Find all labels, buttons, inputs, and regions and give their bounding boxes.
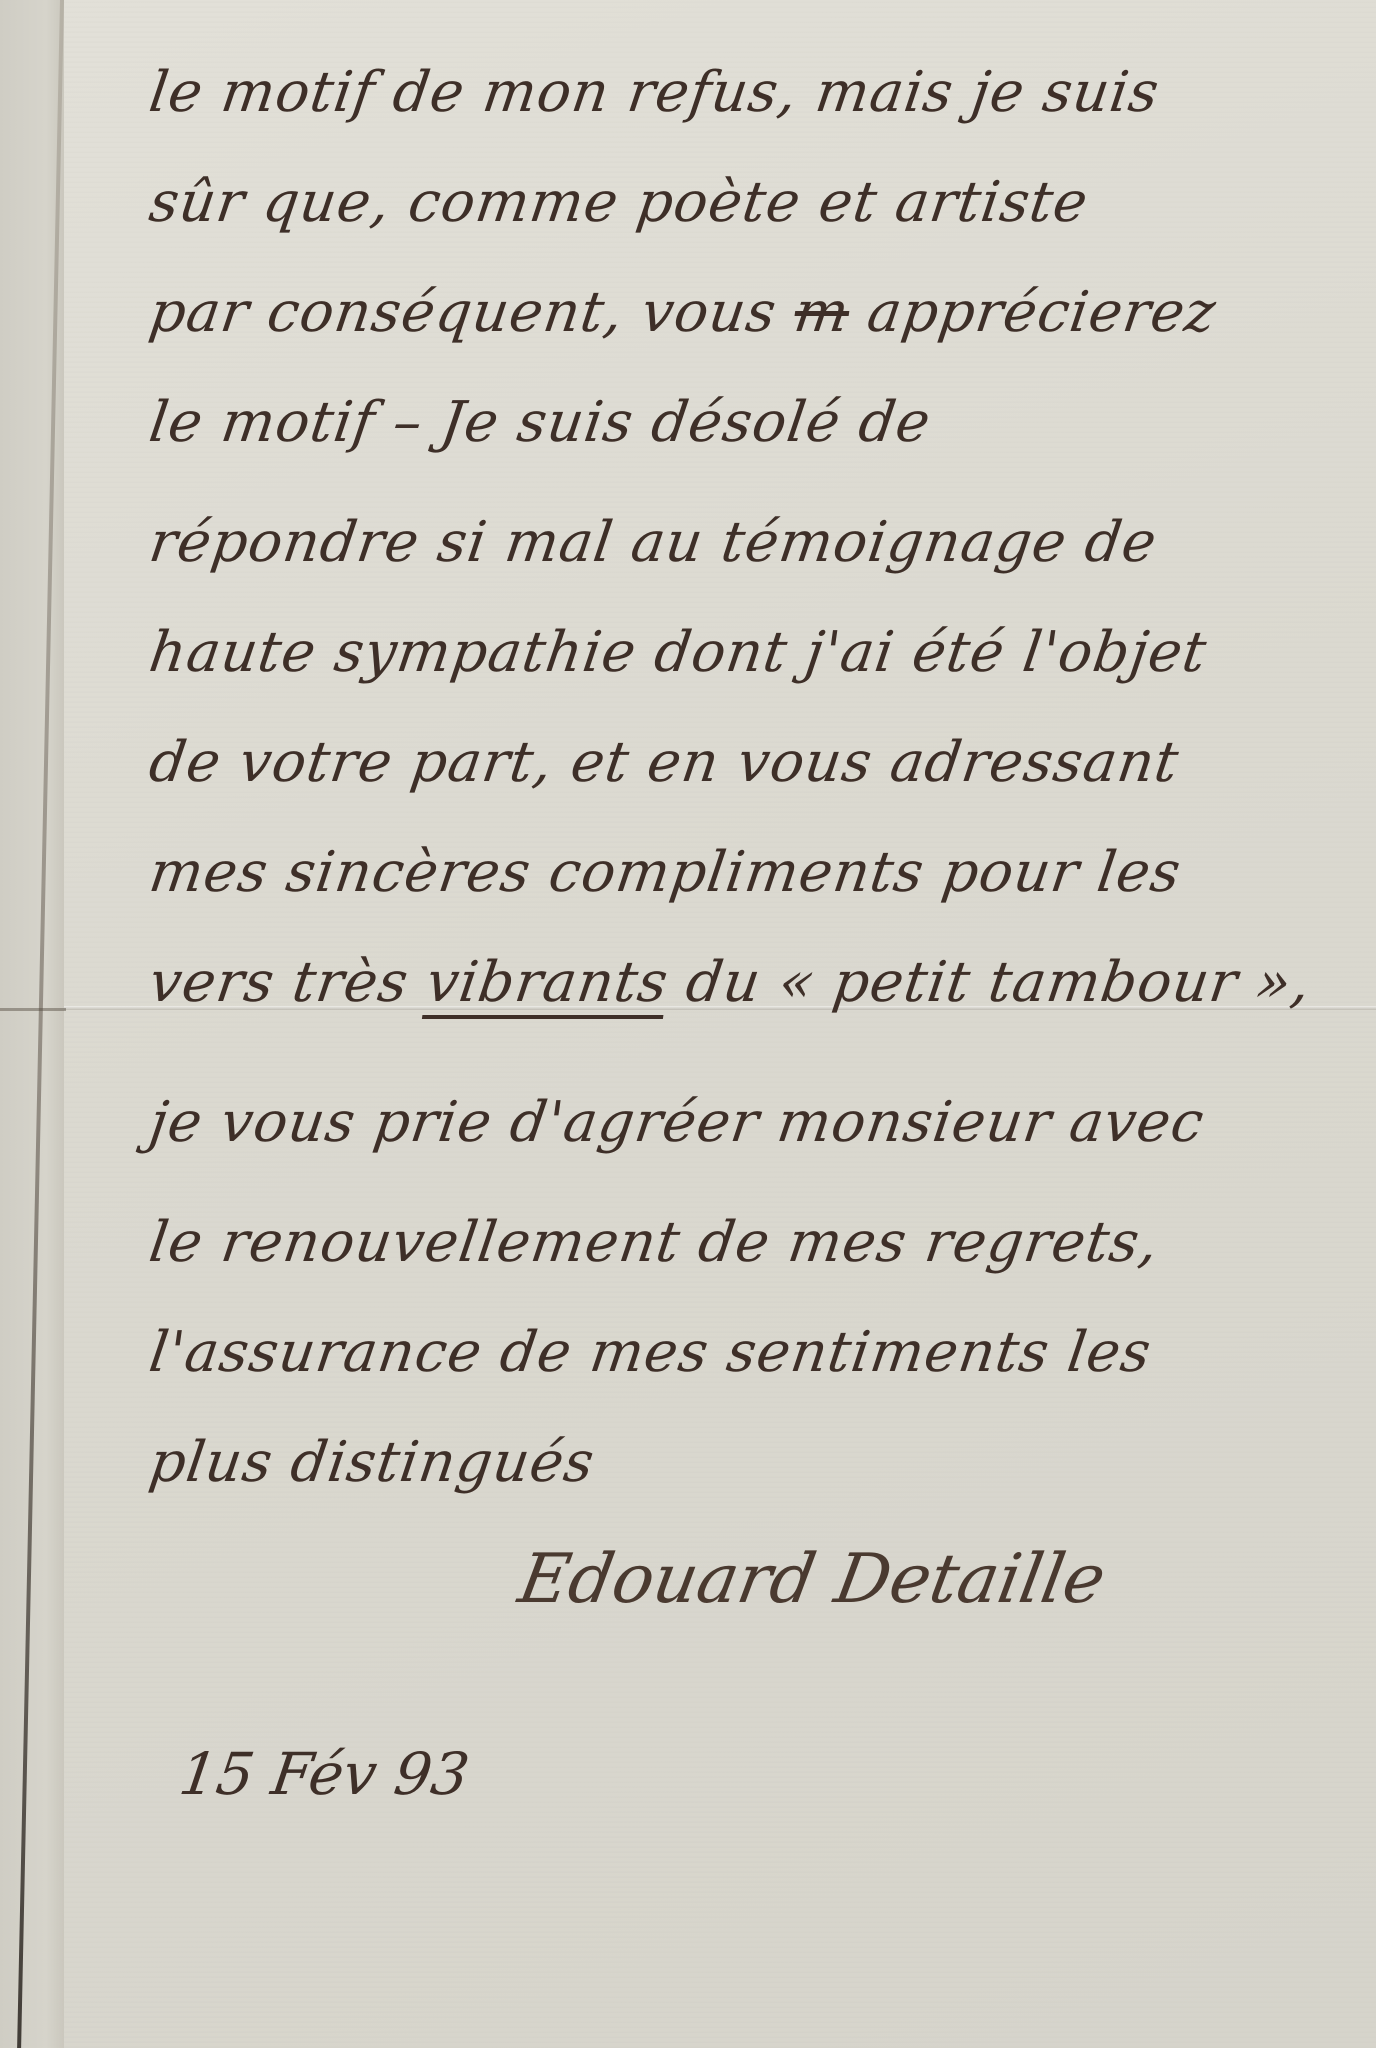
paper-fold-crease-left: [0, 1008, 66, 1011]
letter-line: mes sincères compliments pour les: [145, 840, 1185, 905]
letter-photo: le motif de mon refus, mais je suis sûr …: [0, 0, 1376, 2048]
line-text: apprécierez: [845, 280, 1221, 345]
letter-line: de votre part, et en vous adressant: [145, 730, 1183, 795]
letter-line: je vous prie d'agréer monsieur avec: [145, 1090, 1208, 1155]
signature: Edouard Detaille: [513, 1540, 1111, 1619]
underlined-word: vibrants: [422, 950, 673, 1019]
letter-line: l'assurance de mes sentiments les: [145, 1320, 1155, 1385]
line-text: vers très: [145, 950, 431, 1015]
struck-out-text: m: [790, 280, 853, 345]
line-text: du « petit tambour »,: [663, 950, 1315, 1015]
letter-line: le motif de mon refus, mais je suis: [145, 60, 1163, 125]
line-text: par conséquent, vous: [145, 280, 799, 345]
letter-line: plus distingués: [145, 1430, 598, 1495]
letter-line: sûr que, comme poète et artiste: [145, 170, 1092, 235]
letter-line: le renouvellement de mes regrets,: [145, 1210, 1162, 1275]
letter-line: le motif – Je suis désolé de: [145, 390, 934, 455]
letter-line: par conséquent, vous m apprécierez: [145, 280, 1220, 345]
letter-line: répondre si mal au témoignage de: [145, 510, 1161, 575]
letter-line: haute sympathie dont j'ai été l'objet: [145, 620, 1210, 685]
letter-line: vers très vibrants du « petit tambour »,: [145, 950, 1315, 1015]
letter-date: 15 Fév 93: [175, 1740, 473, 1808]
